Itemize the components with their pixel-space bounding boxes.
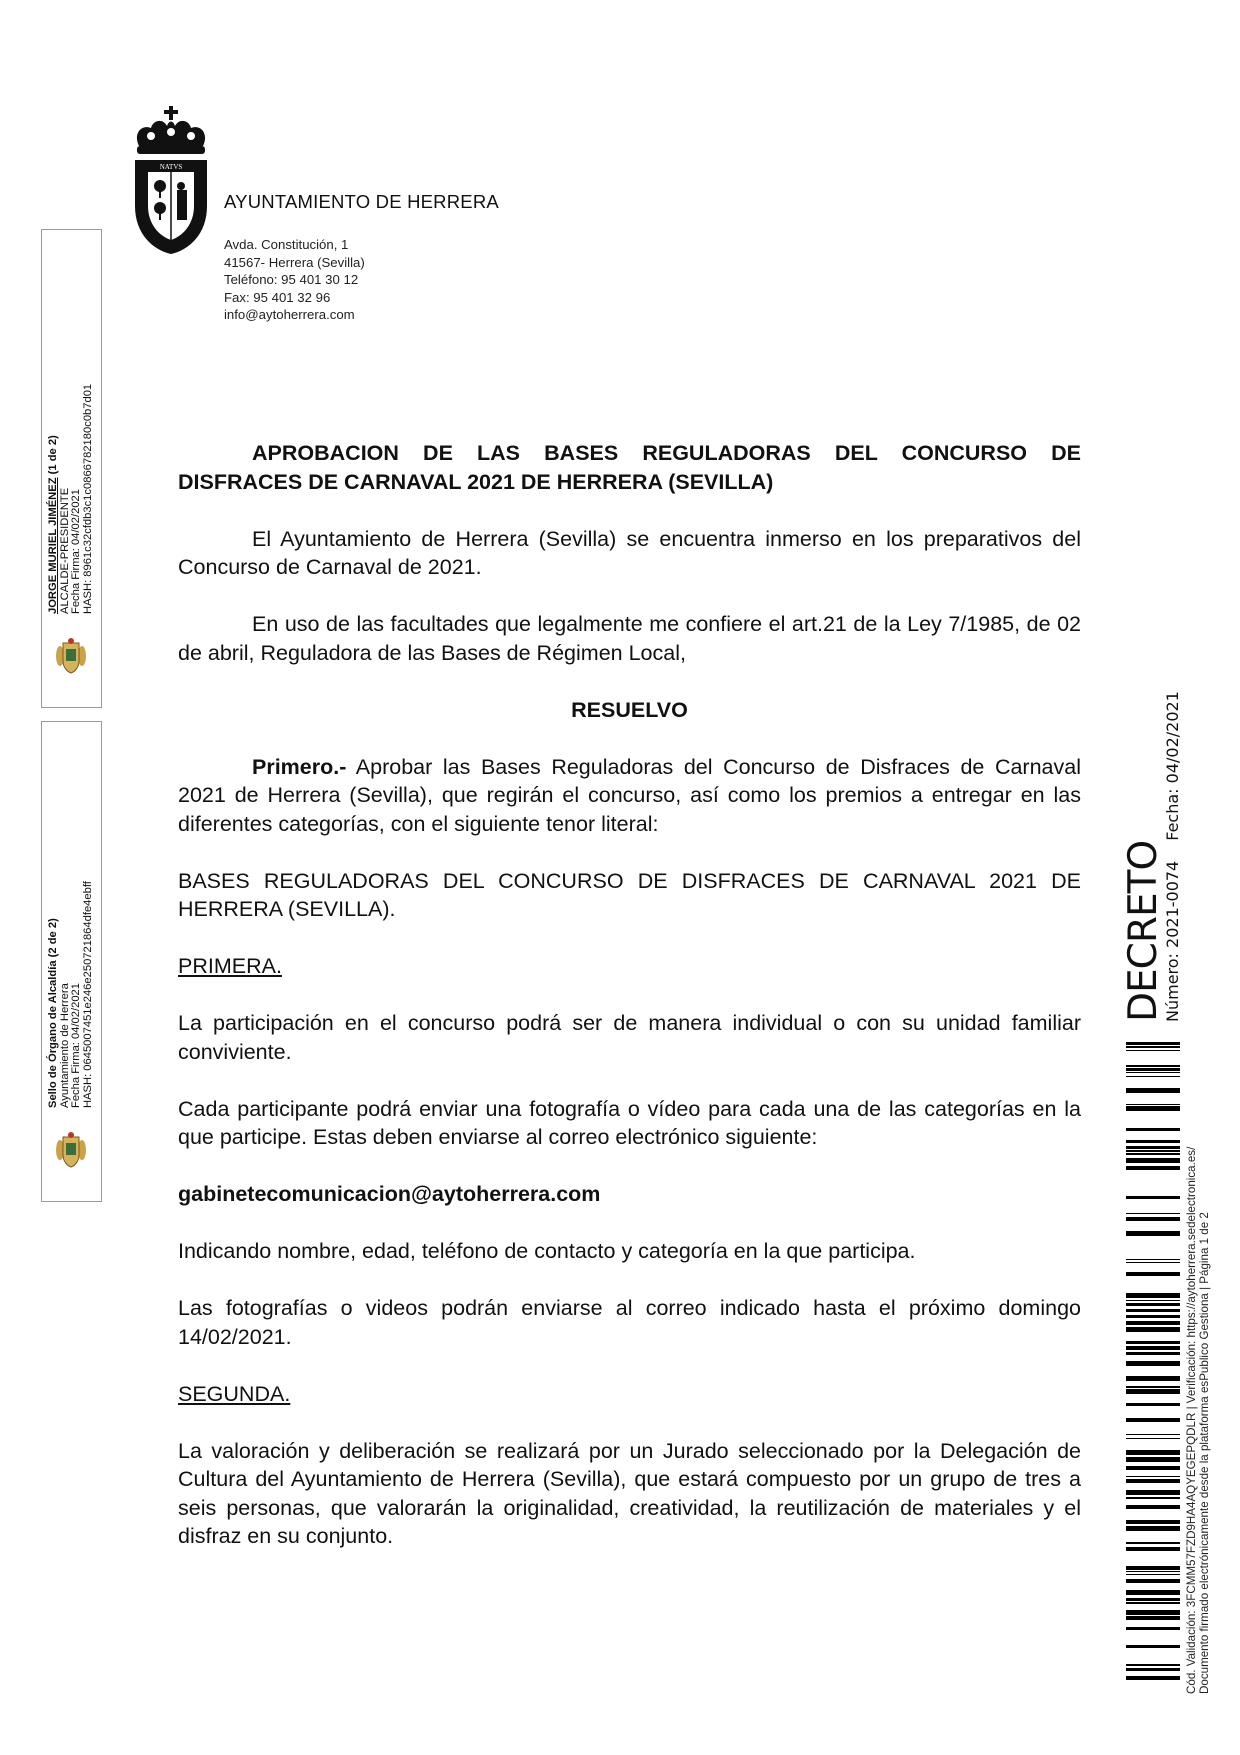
resolve-heading: RESUELVO [178, 696, 1081, 725]
coat-of-arms-icon: NATVS [131, 106, 211, 256]
decree-number-date: Número: 2021-0074Fecha: 04/02/2021 [1164, 691, 1182, 1022]
signature-date: Fecha Firma: 04/02/2021 [71, 748, 83, 1108]
email-line: info@aytoherrera.com [224, 306, 365, 324]
first-resolution-paragraph: Primero.- Aprobar las Bases Reguladoras … [178, 753, 1081, 839]
document-type-stamp: DECRETO [1124, 841, 1163, 1022]
signature-details: Sello de Órgano de Alcaldía (2 de 2) Ayu… [48, 748, 94, 1108]
signature-box-mayor: JORGE MURIEL JIMÉNEZ (1 de 2) ALCALDE-PR… [41, 229, 102, 708]
organization-address: Avda. Constitución, 1 41567- Herrera (Se… [224, 236, 365, 324]
signature-hash: HASH: 0645007451e246e250721864dfe4ebff [83, 748, 95, 1108]
municipal-seal-icon [54, 637, 88, 675]
phone-line: Teléfono: 95 401 30 12 [224, 271, 365, 289]
required-info-paragraph: Indicando nombre, edad, teléfono de cont… [178, 1237, 1081, 1266]
section-heading-primera: PRIMERA. [178, 954, 282, 978]
barcode-icon [1126, 1042, 1180, 1692]
jury-paragraph: La valoración y deliberación se realizar… [178, 1437, 1081, 1551]
fax-line: Fax: 95 401 32 96 [224, 289, 365, 307]
submission-paragraph: Cada participante podrá enviar una fotog… [178, 1095, 1081, 1152]
first-resolution-label: Primero.- [252, 755, 346, 779]
decree-date: Fecha: 04/02/2021 [1163, 691, 1182, 841]
signature-index: (1 de 2) [47, 435, 59, 474]
svg-text:NATVS: NATVS [160, 163, 183, 171]
document-body: APROBACION DE LAS BASES REGULADORAS DEL … [178, 439, 1081, 1551]
intro-paragraph: El Ayuntamiento de Herrera (Sevilla) se … [178, 525, 1081, 582]
legal-basis-paragraph: En uso de las facultades que legalmente … [178, 610, 1081, 667]
document-title: APROBACION DE LAS BASES REGULADORAS DEL … [178, 439, 1081, 496]
submission-email[interactable]: gabinetecomunicacion@aytoherrera.com [178, 1180, 1081, 1209]
signature-hash: HASH: 8961c32cfdb3c1c0866782180c0b7d01 [83, 254, 95, 614]
signature-platform-line: Documento firmado electrónicamente desde… [1199, 1147, 1212, 1694]
decree-number: Número: 2021-0074 [1163, 861, 1182, 1022]
signature-index: (2 de 2) [47, 918, 59, 957]
verification-code-line: Cód. Validación: 3FCMM57FZD9HA4AQYEGEPQD… [1186, 1147, 1199, 1694]
organization-name: AYUNTAMIENTO DE HERRERA [224, 191, 499, 213]
section-heading-segunda: SEGUNDA. [178, 1382, 290, 1406]
address-line: 41567- Herrera (Sevilla) [224, 254, 365, 272]
deadline-paragraph: Las fotografías o videos podrán enviarse… [178, 1294, 1081, 1351]
address-line: Avda. Constitución, 1 [224, 236, 365, 254]
signature-box-seal: Sello de Órgano de Alcaldía (2 de 2) Ayu… [41, 721, 102, 1202]
signer-name: Sello de Órgano de Alcaldía [47, 960, 59, 1108]
participation-paragraph: La participación en el concurso podrá se… [178, 1009, 1081, 1066]
bases-title: BASES REGULADORAS DEL CONCURSO DE DISFRA… [178, 867, 1081, 924]
verification-footer: Cód. Validación: 3FCMM57FZD9HA4AQYEGEPQD… [1186, 1147, 1211, 1694]
municipal-seal-icon [54, 1131, 88, 1169]
signer-name: JORGE MURIEL JIMÉNEZ [47, 477, 59, 614]
signature-date: Fecha Firma: 04/02/2021 [71, 254, 83, 614]
signature-details: JORGE MURIEL JIMÉNEZ (1 de 2) ALCALDE-PR… [48, 254, 94, 614]
